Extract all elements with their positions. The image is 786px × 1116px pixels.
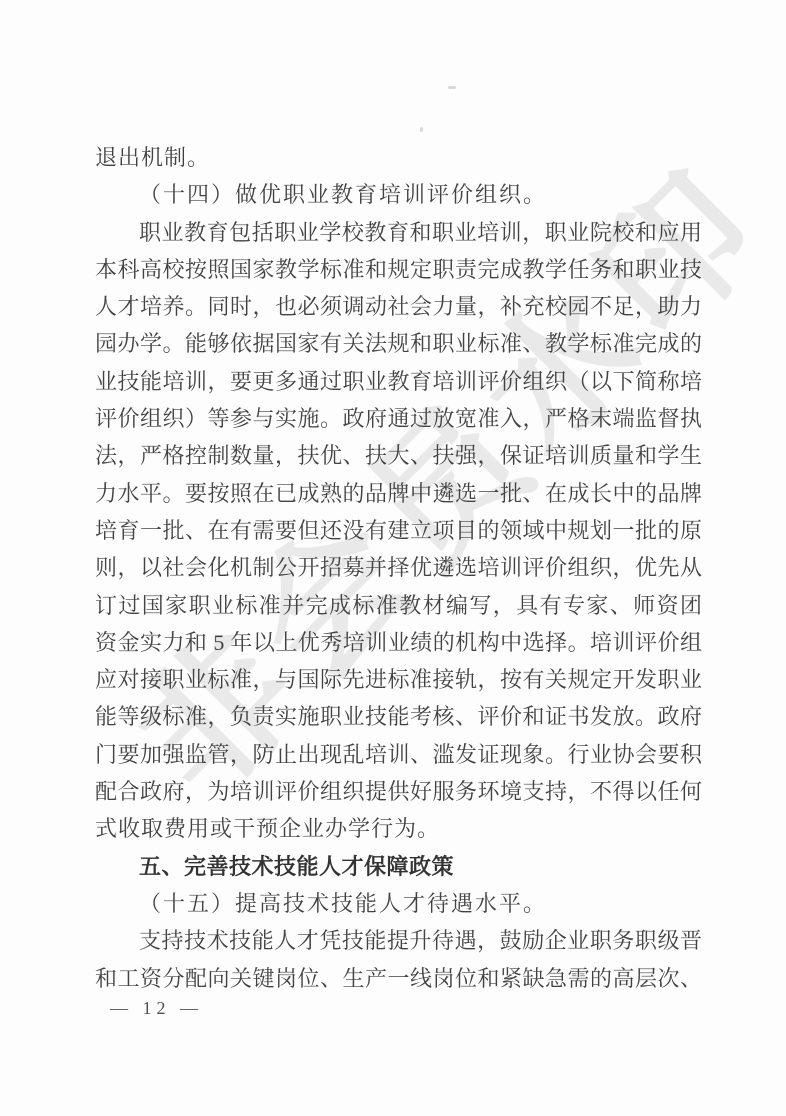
text-line: 退出机制。 — [95, 139, 702, 176]
text-line: 门要加强监管，防止出现乱培训、滥发证现象。行业协会要积极 — [95, 736, 702, 773]
text-line: 订过国家职业标准并完成标准教材编写，具有专家、师资团队、 — [95, 587, 702, 624]
text-line: 法，严格控制数量，扶优、扶大、扶强，保证培训质量和学生能 — [95, 437, 702, 474]
text-line: 能等级标准，负责实施职业技能考核、评价和证书发放。政府部 — [95, 698, 702, 735]
text-line: 应对接职业标准，与国际先进标准接轨，按有关规定开发职业技 — [95, 661, 702, 698]
page-number: — 12 — — [110, 995, 203, 1021]
text-line: 则，以社会化机制公开招募并择优遴选培训评价组织，优先从制 — [95, 549, 702, 586]
text-line: 业技能培训，要更多通过职业教育培训评价组织（以下简称培训 — [95, 363, 702, 400]
text-line: 培育一批、在有需要但还没有建立项目的领域中规划一批的原 — [95, 512, 702, 549]
document-page: 非会员水印 退出机制。 （十四）做优职业教育培训评价组织。 职业教育包括职业学校… — [0, 0, 786, 1116]
section-heading: 五、完善技术技能人才保障政策 — [95, 848, 702, 885]
text-line: 配合政府，为培训评价组织提供好服务环境支持，不得以任何方 — [95, 773, 702, 810]
text-line: 和工资分配向关键岗位、生产一线岗位和紧缺急需的高层次、高 — [95, 960, 702, 997]
text-line: 式收取费用或干预企业办学行为。 — [95, 810, 702, 847]
scan-speck — [420, 127, 423, 132]
text-line: 支持技术技能人才凭技能提升待遇，鼓励企业职务职级晋升 — [95, 922, 702, 959]
text-line: 资金实力和 5 年以上优秀培训业绩的机构中选择。培训评价组织 — [95, 624, 702, 661]
text-line: 力水平。要按照在已成熟的品牌中遴选一批、在成长中的品牌中 — [95, 475, 702, 512]
scan-speck — [448, 86, 456, 89]
text-line: 职业教育包括职业学校教育和职业培训，职业院校和应用型 — [95, 214, 702, 251]
item-heading: （十四）做优职业教育培训评价组织。 — [95, 176, 702, 213]
text-line: 评价组织）等参与实施。政府通过放宽准入，严格末端监督执 — [95, 400, 702, 437]
text-line: 人才培养。同时，也必须调动社会力量，补充校园不足，助力校 — [95, 288, 702, 325]
text-line: 园办学。能够依据国家有关法规和职业标准、教学标准完成的职 — [95, 325, 702, 362]
text-line: 本科高校按照国家教学标准和规定职责完成教学任务和职业技能 — [95, 251, 702, 288]
item-heading: （十五）提高技术技能人才待遇水平。 — [95, 885, 702, 922]
body-text-column: 退出机制。 （十四）做优职业教育培训评价组织。 职业教育包括职业学校教育和职业培… — [95, 139, 702, 997]
